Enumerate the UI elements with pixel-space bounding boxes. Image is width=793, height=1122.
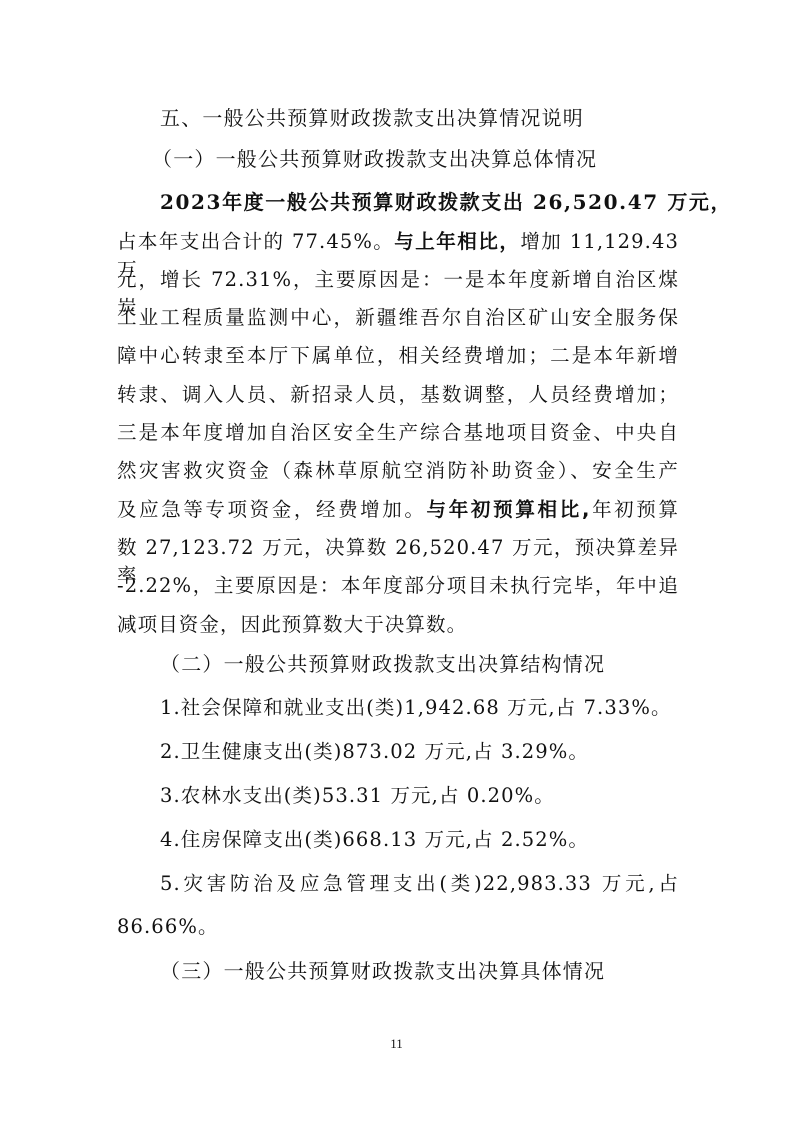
paragraph-line: 减项目资金，因此预算数大于决算数。 <box>117 611 467 639</box>
text-segment: 及应急等专项资金，经费增加。 <box>117 498 427 521</box>
paragraph-line: 工业工程质量监测中心，新疆维吾尔自治区矿山安全服务保 <box>117 304 679 332</box>
structure-item-1: 1.社会保障和就业支出(类)1,942.68 万元,占 7.33%。 <box>160 694 672 722</box>
text-segment: 占本年支出合计的 77.45%。 <box>117 230 394 253</box>
bold-phrase-vs-initial-budget: 与年初预算相比, <box>427 498 591 521</box>
paragraph-line: 三是本年度增加自治区安全生产综合基地项目资金、中央自 <box>117 419 679 447</box>
paragraph-line: -2.22%，主要原因是：本年度部分项目未执行完毕，年中追 <box>117 572 679 600</box>
subsection-1-lead: 2023年度一般公共预算财政拨款支出 26,520.47 万元， <box>160 188 732 216</box>
paragraph-line: 及应急等专项资金，经费增加。与年初预算相比,年初预算 <box>117 496 679 524</box>
paragraph-line: 然灾害救灾资金（森林草原航空消防补助资金）、安全生产 <box>117 457 679 485</box>
structure-item-3: 3.农林水支出(类)53.31 万元,占 0.20%。 <box>160 782 555 810</box>
subsection-3-title: （三）一般公共预算财政拨款支出决算具体情况 <box>160 957 605 985</box>
page-number: 11 <box>0 1036 793 1052</box>
paragraph-line: 障中心转隶至本厅下属单位，相关经费增加；二是本年新增 <box>117 342 679 370</box>
structure-item-5-continuation: 86.66%。 <box>117 913 219 941</box>
bold-phrase-vs-last-year: 与上年相比， <box>394 230 520 253</box>
structure-item-2: 2.卫生健康支出(类)873.02 万元,占 3.29%。 <box>160 738 589 766</box>
structure-item-4: 4.住房保障支出(类)668.13 万元,占 2.52%。 <box>160 826 589 854</box>
subsection-1-title: （一）一般公共预算财政拨款支出决算总体情况 <box>152 145 597 173</box>
paragraph-line: 转隶、调入人员、新招录人员，基数调整，人员经费增加； <box>117 381 679 409</box>
subsection-2-title: （二）一般公共预算财政拨款支出决算结构情况 <box>160 650 605 678</box>
text-segment: 年初预算 <box>591 498 679 521</box>
section-title: 五、一般公共预算财政拨款支出决算情况说明 <box>160 104 584 132</box>
structure-item-5: 5.灾害防治及应急管理支出(类)22,983.33 万元,占 <box>160 870 679 898</box>
